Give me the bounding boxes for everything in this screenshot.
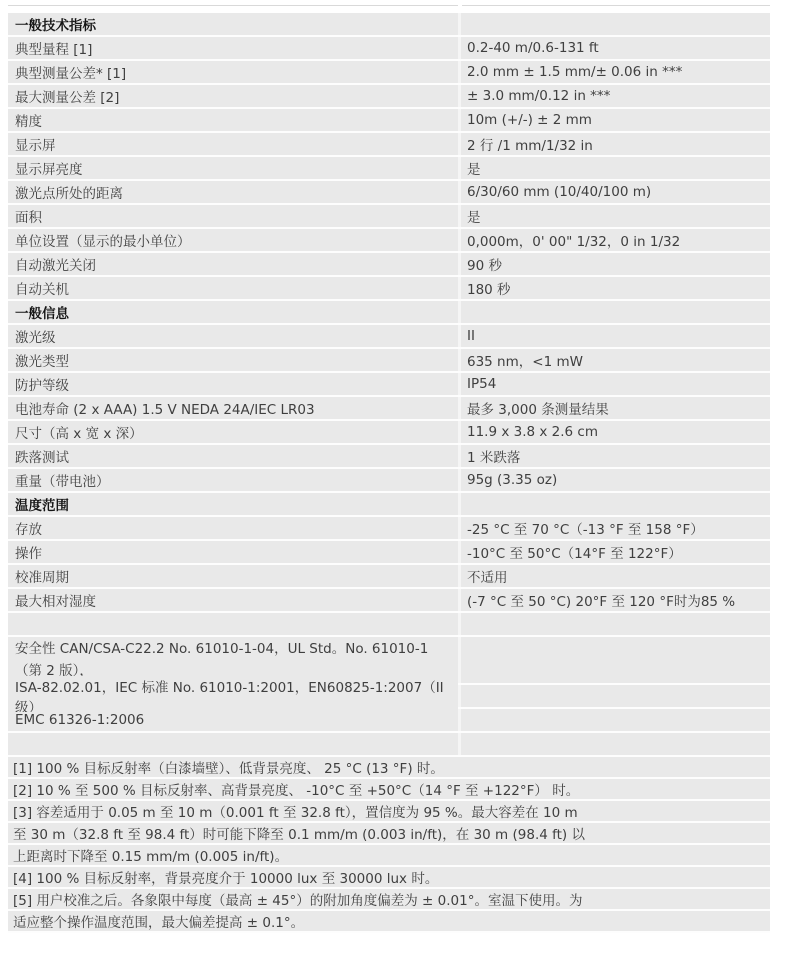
table-row: 显示屏亮度是: [8, 157, 770, 181]
spec-value: IP54: [461, 376, 770, 392]
spec-label: 典型量程 [1]: [8, 38, 458, 58]
spec-table-body: 一般技术指标典型量程 [1]0.2-40 m/0.6-131 ft典型测量公差*…: [8, 13, 770, 757]
spec-value: (-7 °C 至 50 °C) 20°F 至 120 °F时为85 %: [461, 590, 770, 610]
spec-label: 激光级: [8, 326, 458, 346]
spec-value: 是: [461, 206, 770, 226]
table-row: 激光级II: [8, 325, 770, 349]
spec-label: 显示屏: [8, 134, 458, 154]
spec-value: 11.9 x 3.8 x 2.6 cm: [461, 424, 770, 440]
table-row: 激光类型635 nm，<1 mW: [8, 349, 770, 373]
footnote-row: [4] 100 % 目标反射率，背景亮度介于 10000 lux 至 30000…: [8, 867, 770, 889]
spec-value: -10°C 至 50°C（14°F 至 122°F）: [461, 542, 770, 562]
column-divider: [458, 301, 461, 323]
spec-label: 典型测量公差* [1]: [8, 62, 458, 82]
spec-value: 不适用: [461, 566, 770, 586]
spec-value: 2 行 /1 mm/1/32 in: [461, 134, 770, 154]
table-row: 校准周期不适用: [8, 565, 770, 589]
spec-label: 面积: [8, 206, 458, 226]
spec-label: 重量（带电池）: [8, 470, 458, 490]
top-rule: [8, 5, 770, 6]
spec-label: 尺寸（高 x 宽 x 深）: [8, 422, 458, 442]
column-divider: [458, 613, 461, 635]
spec-value: ± 3.0 mm/0.12 in ***: [461, 88, 770, 104]
section-title: 温度范围: [8, 494, 458, 514]
table-row: 最大测量公差 [2]± 3.0 mm/0.12 in ***: [8, 85, 770, 109]
section-header-row: 一般信息: [8, 301, 770, 325]
section-header-row: 一般技术指标: [8, 13, 770, 37]
spec-label: 显示屏亮度: [8, 158, 458, 178]
top-rule-right-segment: [462, 5, 770, 6]
table-row: 自动激光关闭90 秒: [8, 253, 770, 277]
spec-value: 10m (+/-) ± 2 mm: [461, 112, 770, 128]
empty-row: [8, 733, 770, 757]
spec-value: 635 nm，<1 mW: [461, 350, 770, 370]
empty-row: [8, 613, 770, 637]
footnote-row: [1] 100 % 目标反射率（白漆墙壁）、低背景亮度、 25 °C (13 °…: [8, 757, 770, 779]
spec-value: 95g (3.35 oz): [461, 472, 770, 488]
table-row: 存放-25 °C 至 70 °C（-13 °F 至 158 °F）: [8, 517, 770, 541]
table-row: 最大相对湿度 (-7 °C 至 50 °C) 20°F 至 120 °F时为85…: [8, 589, 770, 613]
column-divider: [458, 733, 461, 755]
column-divider: [458, 493, 461, 515]
table-row: 电池寿命 (2 x AAA) 1.5 V NEDA 24A/IEC LR03最多…: [8, 397, 770, 421]
section-header-row: 温度范围: [8, 493, 770, 517]
spec-label: ISA-82.02.01，IEC 标准 No. 61010-1:2001，EN6…: [8, 676, 458, 716]
footnote-row: [3] 容差适用于 0.05 m 至 10 m（0.001 ft 至 32.8 …: [8, 801, 770, 823]
section-title: 一般技术指标: [8, 14, 458, 34]
section-title: 一般信息: [8, 302, 458, 322]
table-row: 显示屏2 行 /1 mm/1/32 in: [8, 133, 770, 157]
footnote-row: [2] 10 % 至 500 % 目标反射率、高背景亮度、 -10°C 至 +5…: [8, 779, 770, 801]
table-row: 典型测量公差* [1]2.0 mm ± 1.5 mm/± 0.06 in ***: [8, 61, 770, 85]
table-row: 激光点所处的距离6/30/60 mm (10/40/100 m): [8, 181, 770, 205]
spec-value: -25 °C 至 70 °C（-13 °F 至 158 °F）: [461, 518, 770, 538]
spec-label: 精度: [8, 110, 458, 130]
table-row: 单位设置（显示的最小单位）0,000m，0' 00" 1/32，0 in 1/3…: [8, 229, 770, 253]
footnote-row: [5] 用户校准之后。各象限中每度（最高 ± 45°）的附加角度偏差为 ± 0.…: [8, 889, 770, 911]
spec-value: 2.0 mm ± 1.5 mm/± 0.06 in ***: [461, 64, 770, 80]
footnote-row: 适应整个操作温度范围，最大偏差提高 ± 0.1°。: [8, 911, 770, 933]
spec-value: II: [461, 328, 770, 344]
spec-value: 是: [461, 158, 770, 178]
column-divider: [458, 13, 461, 35]
column-divider: [458, 637, 461, 683]
spec-label: 激光点所处的距离: [8, 182, 458, 202]
spec-value: 1 米跌落: [461, 446, 770, 466]
footnote-row: 上距离时下降至 0.15 mm/m (0.005 in/ft)。: [8, 845, 770, 867]
table-row: 操作-10°C 至 50°C（14°F 至 122°F）: [8, 541, 770, 565]
spec-value: 0.2-40 m/0.6-131 ft: [461, 40, 770, 56]
spec-label: 单位设置（显示的最小单位）: [8, 230, 458, 250]
spec-label: 操作: [8, 542, 458, 562]
table-row: 重量（带电池）95g (3.35 oz): [8, 469, 770, 493]
top-rule-left-segment: [8, 5, 458, 6]
spec-label: 自动激光关闭: [8, 254, 458, 274]
table-row: 精度10m (+/-) ± 2 mm: [8, 109, 770, 133]
table-row: 典型量程 [1]0.2-40 m/0.6-131 ft: [8, 37, 770, 61]
spec-value: 180 秒: [461, 278, 770, 298]
spec-label: 激光类型: [8, 350, 458, 370]
spec-label: 校准周期: [8, 566, 458, 586]
spec-label: 最大相对湿度: [8, 590, 458, 610]
spec-label: 最大测量公差 [2]: [8, 86, 458, 106]
spec-label: EMC 61326-1:2006: [8, 712, 458, 728]
footnotes: [1] 100 % 目标反射率（白漆墙壁）、低背景亮度、 25 °C (13 °…: [8, 757, 770, 933]
spec-value: 最多 3,000 条测量结果: [461, 398, 770, 418]
spec-label: 自动关机: [8, 278, 458, 298]
spec-value: 0,000m，0' 00" 1/32，0 in 1/32: [461, 230, 770, 250]
footnote-row: 至 30 m（32.8 ft 至 98.4 ft）时可能下降至 0.1 mm/m…: [8, 823, 770, 845]
spec-table: 一般技术指标典型量程 [1]0.2-40 m/0.6-131 ft典型测量公差*…: [8, 5, 770, 933]
table-row: 尺寸（高 x 宽 x 深）11.9 x 3.8 x 2.6 cm: [8, 421, 770, 445]
table-row: 自动关机180 秒: [8, 277, 770, 301]
spec-label: 电池寿命 (2 x AAA) 1.5 V NEDA 24A/IEC LR03: [8, 398, 458, 418]
column-divider: [458, 685, 461, 707]
spec-value: 6/30/60 mm (10/40/100 m): [461, 184, 770, 200]
table-row: EMC 61326-1:2006: [8, 709, 770, 733]
spec-value: 90 秒: [461, 254, 770, 274]
table-row: 跌落测试1 米跌落: [8, 445, 770, 469]
table-row: 面积是: [8, 205, 770, 229]
table-row: ISA-82.02.01，IEC 标准 No. 61010-1:2001，EN6…: [8, 685, 770, 709]
table-row: 防护等级IP54: [8, 373, 770, 397]
column-divider: [458, 709, 461, 731]
spec-label: 存放: [8, 518, 458, 538]
spec-label: 防护等级: [8, 374, 458, 394]
spec-label: 跌落测试: [8, 446, 458, 466]
